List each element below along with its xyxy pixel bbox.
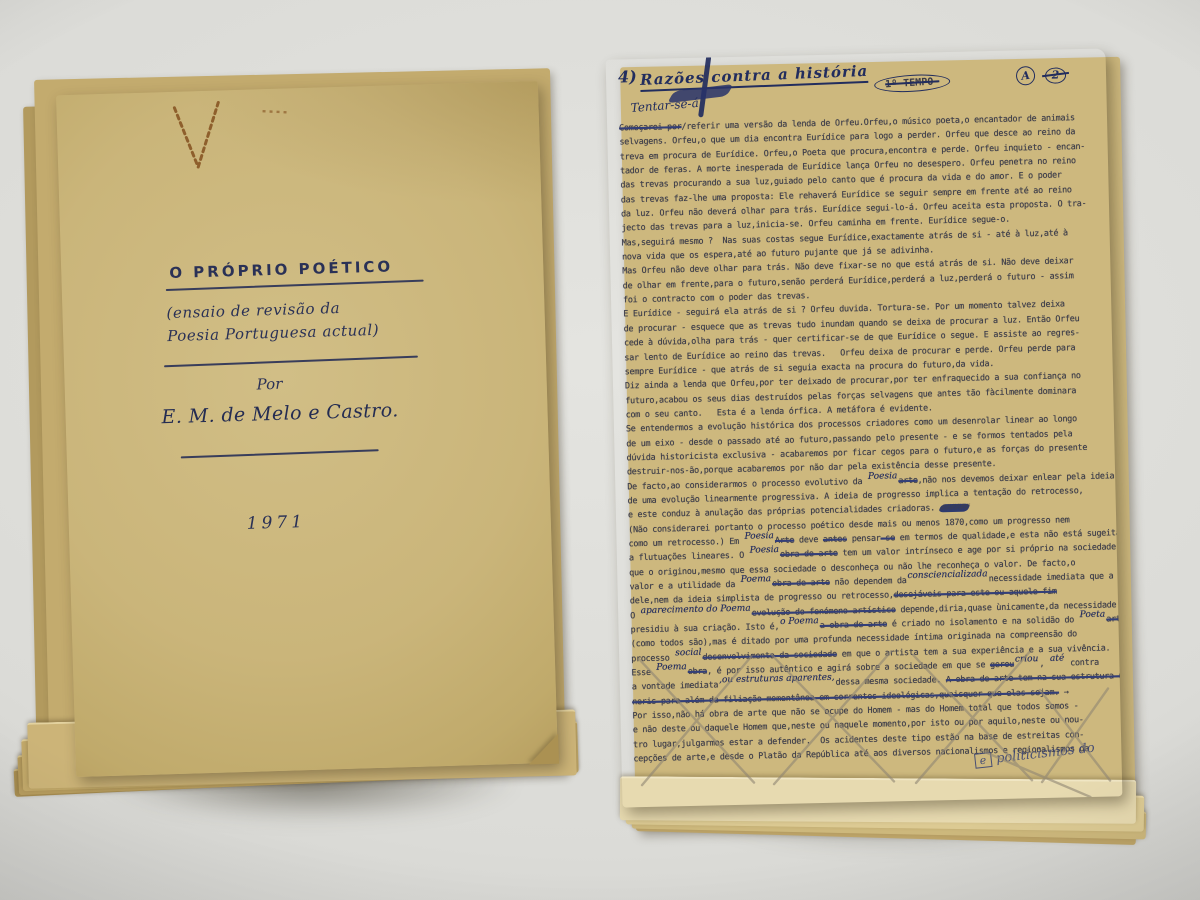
manuscript-year: 1971 [246, 512, 306, 534]
page-header: 4) Razões contra a história 1º TEMPO- Te… [616, 55, 1097, 118]
photo-scene: O PRÓPRIO POÉTICO (ensaio de revisão da … [0, 0, 1200, 900]
manuscript-title: O PRÓPRIO POÉTICO [169, 257, 393, 282]
manuscript-subtitle: (ensaio de revisão da Poesia Portuguesa … [166, 296, 379, 348]
right-manuscript-stack: 4) Razões contra a história 1º TEMPO- Te… [606, 46, 1146, 846]
handwritten-section-title: Razões contra a história [640, 62, 869, 92]
left-manuscript-stack: O PRÓPRIO POÉTICO (ensaio de revisão da … [26, 68, 592, 836]
typescript-page: 4) Razões contra a história 1º TEMPO- Te… [606, 48, 1123, 807]
ink-rule [166, 280, 424, 291]
typed-lines: Começarei por/referir uma versão da lend… [619, 111, 1112, 767]
byline: Por [256, 375, 282, 394]
subtitle-line: Poesia Portuguesa actual) [167, 319, 380, 348]
handwritten-insertion: Tentar-se-á [630, 96, 699, 115]
struck-typed-heading: 1º TEMPO- [874, 73, 951, 94]
ink-rule [164, 356, 418, 368]
circled-letter-mark: A [1015, 65, 1036, 86]
author-signature: E. M. de Melo e Castro. [161, 399, 399, 428]
boxed-letter: e [974, 752, 992, 769]
section-number: 4) [618, 67, 637, 86]
rust-clip-mark [56, 81, 541, 215]
struck-number-mark: 2 [1045, 67, 1066, 83]
left-title-page: O PRÓPRIO POÉTICO (ensaio de revisão da … [56, 81, 558, 777]
corner-marks: A 2 [1016, 65, 1066, 85]
ink-rule [181, 449, 379, 458]
